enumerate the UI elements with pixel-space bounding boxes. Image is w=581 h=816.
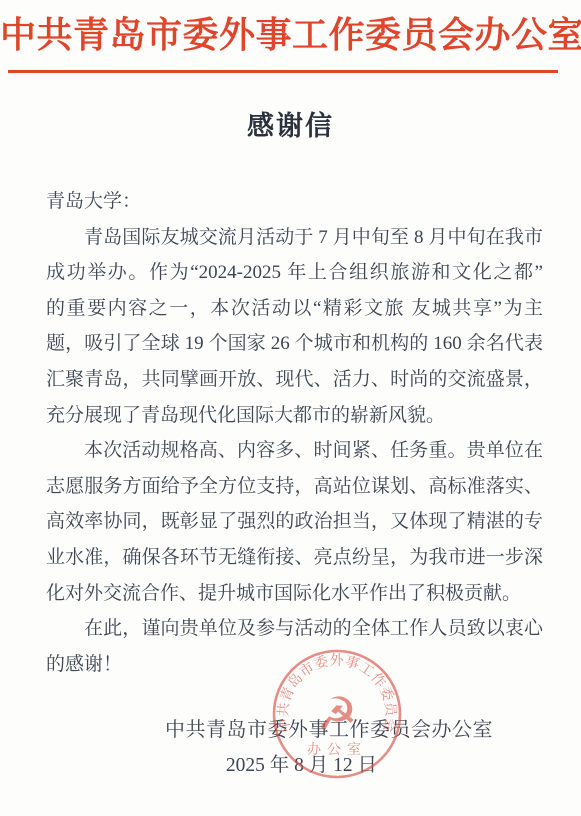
- body-line: 青岛国际友城交流月活动于 7 月中旬至 8 月中旬在我市: [46, 220, 543, 256]
- body-line: 的感谢！: [46, 647, 543, 683]
- letter-body: 青岛大学：青岛国际友城交流月活动于 7 月中旬至 8 月中旬在我市成功举办。作为…: [0, 184, 581, 682]
- body-line: 志愿服务方面给予全方位支持，高站位谋划、高标准落实、: [46, 469, 543, 505]
- signature-date: 2025 年 8 月 12 日: [0, 748, 581, 784]
- body-line: 的重要内容之一，本次活动以“精彩文旅 友城共享”为主: [46, 291, 543, 327]
- letterhead-org-title: 中共青岛市委外事工作委员会办公室: [0, 12, 581, 58]
- body-line: 业水准，确保各环节无缝衔接、亮点纷呈，为我市进一步深: [46, 540, 543, 576]
- body-line: 题，吸引了全球 19 个国家 26 个城市和机构的 160 余名代表: [46, 326, 543, 362]
- letterhead-divider: [8, 70, 558, 73]
- body-line: 高效率协同，既彰显了强烈的政治担当，又体现了精湛的专: [46, 504, 543, 540]
- body-line: 在此，谨向贵单位及参与活动的全体工作人员致以衷心: [46, 611, 543, 647]
- body-line: 成功举办。作为“2024-2025 年上合组织旅游和文化之都”: [46, 255, 543, 291]
- body-line: 青岛大学：: [46, 184, 543, 220]
- body-line: 汇聚青岛，共同擘画开放、现代、活力、时尚的交流盛景，: [46, 362, 543, 398]
- document-page: 中共青岛市委外事工作委员会办公室 感谢信 青岛大学：青岛国际友城交流月活动于 7…: [0, 0, 581, 816]
- body-line: 化对外交流合作、提升城市国际化水平作出了积极贡献。: [46, 576, 543, 612]
- body-line: 本次活动规格高、内容多、时间紧、任务重。贵单位在: [46, 433, 543, 469]
- body-line: 充分展现了青岛现代化国际大都市的崭新风貌。: [46, 398, 543, 434]
- signature-org-name: 中共青岛市委外事工作委员会办公室: [0, 712, 581, 748]
- letter-title: 感谢信: [0, 106, 581, 146]
